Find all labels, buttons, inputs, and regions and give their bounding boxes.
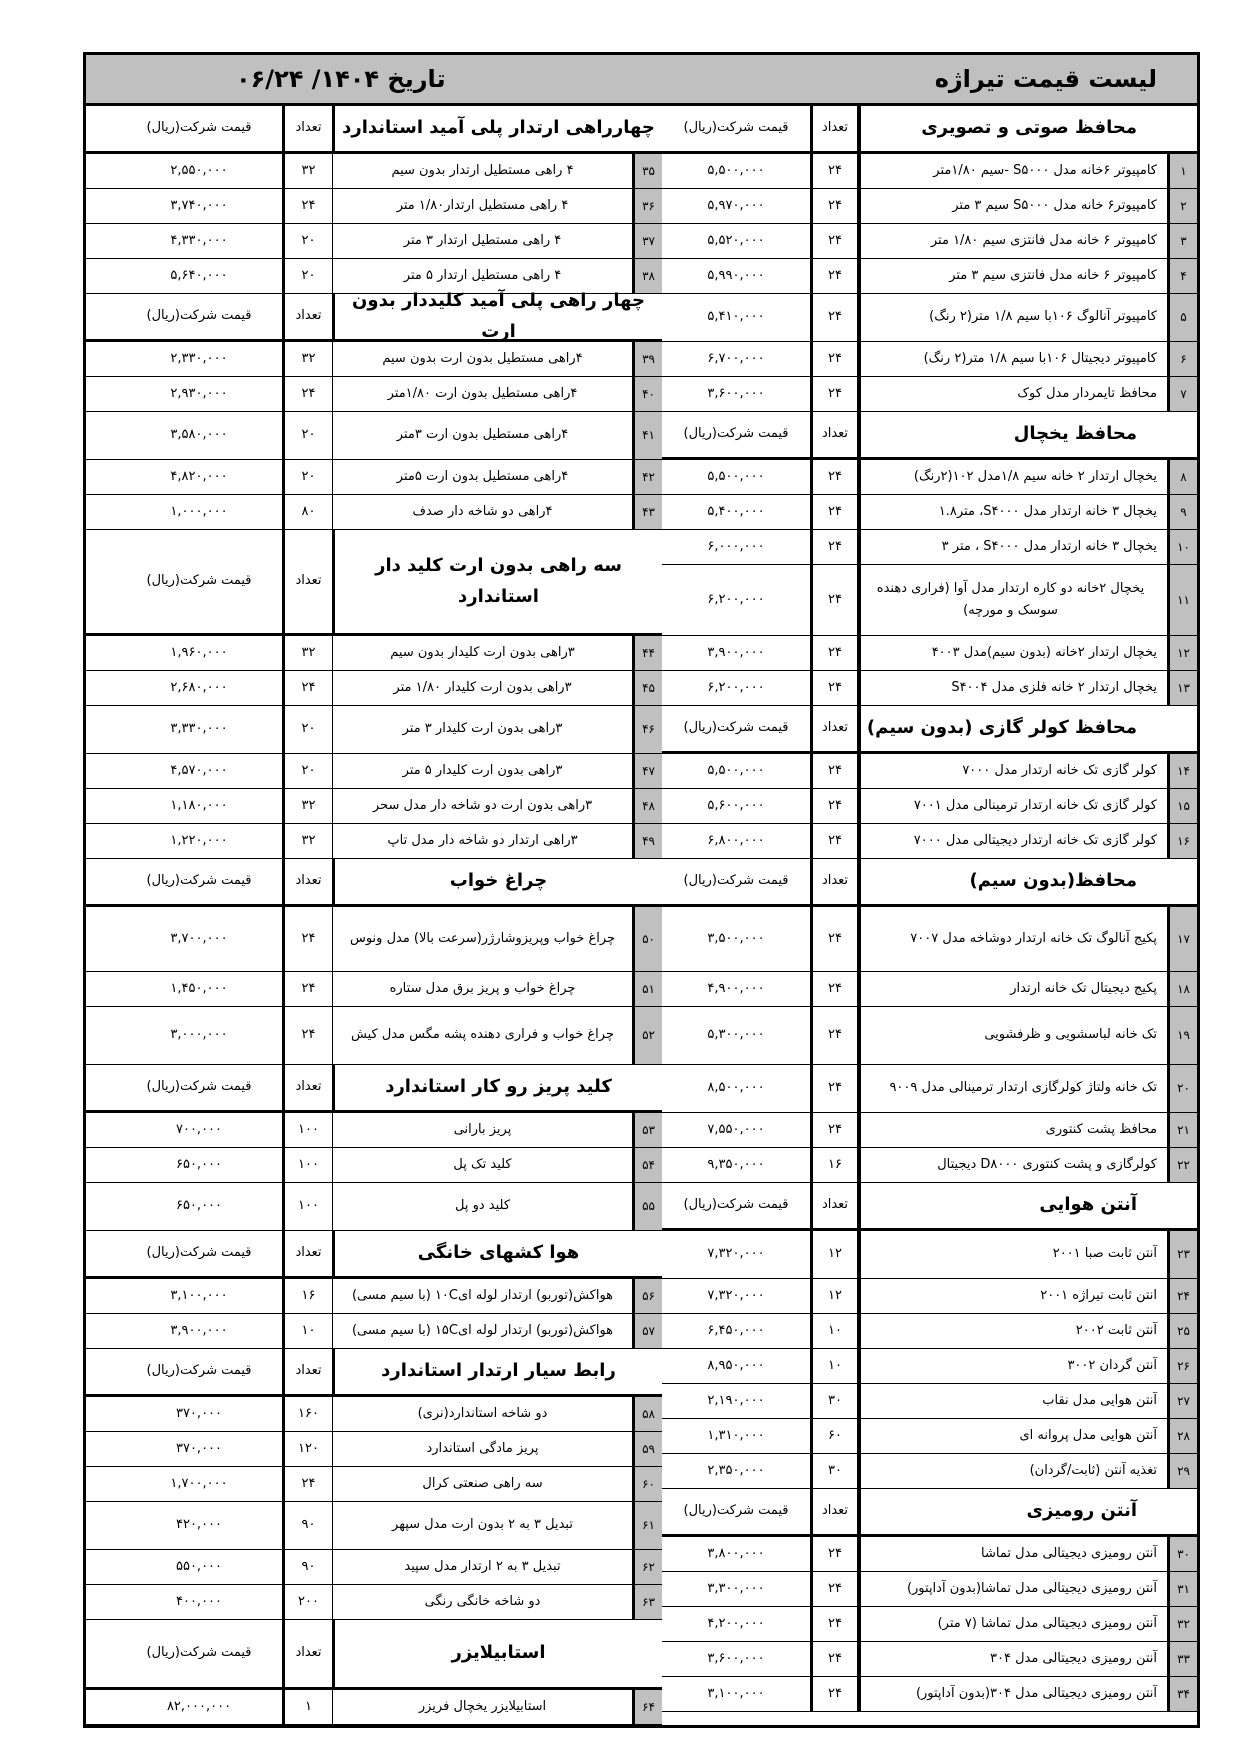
item-name: انتن ثابت تیراژه ۲۰۰۱ xyxy=(860,1279,1167,1313)
item-price: ۳۷۰,۰۰۰ xyxy=(116,1397,282,1431)
item-quantity: ۱۲ xyxy=(810,1279,860,1313)
row-index: ۶۰ xyxy=(632,1467,662,1501)
item-quantity: ۱۲۰ xyxy=(282,1432,332,1466)
price-column-header: قیمت شرکت(ریال) xyxy=(662,1183,810,1228)
table-row: ۱۰یخچال ۳ خانه ارتدار مدل S۴۰۰۰ ، متر ۳۲… xyxy=(662,530,1197,565)
row-index: ۲۳ xyxy=(1167,1231,1197,1278)
item-name: ۳راهی بدون ارت کلیدار ۱/۸۰ متر xyxy=(332,671,632,705)
item-price: ۶,۸۰۰,۰۰۰ xyxy=(662,824,810,858)
price-column-header: قیمت شرکت(ریال) xyxy=(116,1620,282,1687)
item-price: ۵,۵۲۰,۰۰۰ xyxy=(662,224,810,258)
section-title: محافظ صوتی و تصویری xyxy=(860,106,1197,151)
item-name: کامپیوتر ۶ خانه مدل فانتزی سیم ۳ متر xyxy=(860,259,1167,293)
section-title: آنتن رومیزی xyxy=(860,1489,1197,1534)
item-name: آنتن رومیزی دیجیتالی مدل تماشا(بدون آداپ… xyxy=(860,1572,1167,1606)
item-quantity: ۲۰ xyxy=(282,706,332,753)
qty-column-header: تعداد xyxy=(810,106,860,151)
row-index: ۶۳ xyxy=(632,1585,662,1619)
item-price: ۵,۹۷۰,۰۰۰ xyxy=(662,189,810,223)
section-title: چراغ خواب xyxy=(332,859,662,904)
item-quantity: ۱۶ xyxy=(810,1148,860,1182)
item-price: ۱,۱۸۰,۰۰۰ xyxy=(116,789,282,823)
table-row: ۱۲یخچال ارتدار ۲خانه (بدون سیم)مدل ۴۰۰۳۲… xyxy=(662,636,1197,671)
item-quantity: ۲۴ xyxy=(810,671,860,705)
item-name: ۴ راهی مستطیل ارتدار ۳ متر xyxy=(332,224,632,258)
row-index: ۶۴ xyxy=(632,1690,662,1724)
item-name: ۴راهی مستطیل بدون ارت ۱/۸۰متر xyxy=(332,377,632,411)
item-name: تک خانه لباسشویی و ظرفشویی xyxy=(860,1007,1167,1064)
price-column-header: قیمت شرکت(ریال) xyxy=(662,859,810,904)
item-price: ۳,۸۰۰,۰۰۰ xyxy=(662,1537,810,1571)
row-index: ۳۴ xyxy=(1167,1677,1197,1711)
item-name: سه راهی صنعتی کرال xyxy=(332,1467,632,1501)
item-quantity: ۲۰ xyxy=(282,224,332,258)
row-index: ۵ xyxy=(1167,294,1197,341)
row-index: ۶ xyxy=(1167,342,1197,376)
row-index: ۴۴ xyxy=(632,636,662,670)
row-index: ۴۰ xyxy=(632,377,662,411)
item-price: ۳,۰۰۰,۰۰۰ xyxy=(116,1007,282,1064)
qty-column-header: تعداد xyxy=(282,294,332,339)
section-title: رابط سیار ارتدار استاندارد xyxy=(332,1349,662,1394)
table-row: ۵کامپیوتر آنالوگ ۱۰۶با سیم ۱/۸ متر(۲ رنگ… xyxy=(662,294,1197,342)
table-columns: محافظ صوتی و تصویریتعدادقیمت شرکت(ریال)۱… xyxy=(83,106,1200,1728)
item-price: ۲,۶۸۰,۰۰۰ xyxy=(116,671,282,705)
item-price: ۵,۵۰۰,۰۰۰ xyxy=(662,154,810,188)
item-name: کولرگازی و پشت کنتوری D۸۰۰۰ دیجیتال xyxy=(860,1148,1167,1182)
item-name: آنتن رومیزی دیجیتالی مدل تماشا (۷ متر) xyxy=(860,1607,1167,1641)
price-column-header: قیمت شرکت(ریال) xyxy=(116,106,282,151)
item-quantity: ۲۴ xyxy=(810,224,860,258)
item-price: ۲,۳۳۰,۰۰۰ xyxy=(116,342,282,376)
item-price: ۳,۹۰۰,۰۰۰ xyxy=(662,636,810,670)
row-index: ۳۷ xyxy=(632,224,662,258)
item-name: دو شاخه خانگی رنگی xyxy=(332,1585,632,1619)
item-price: ۱,۴۵۰,۰۰۰ xyxy=(116,972,282,1006)
item-name: آنتن رومیزی دیجیتالی مدل ۳۰۴ xyxy=(860,1642,1167,1676)
row-index: ۵۱ xyxy=(632,972,662,1006)
table-row: ۴۷۳راهی بدون ارت کلیدار ۵ متر۲۰۴,۵۷۰,۰۰۰ xyxy=(86,754,662,789)
table-row: ۱۳یخچال ارتدار ۲ خانه فلزی مدل S۴۰۰۴۲۴۶,… xyxy=(662,671,1197,706)
row-index: ۲ xyxy=(1167,189,1197,223)
table-row: ۵۰چراغ خواب وپریزوشارژر(سرعت بالا) مدل و… xyxy=(86,907,662,972)
item-name: کامپیوتر ۶ خانه مدل فانتزی سیم ۱/۸۰ متر xyxy=(860,224,1167,258)
table-row: ۴۸۳راهی بدون ارت دو شاخه دار مدل سحر۳۲۱,… xyxy=(86,789,662,824)
price-column-header: قیمت شرکت(ریال) xyxy=(116,530,282,633)
item-name: ۳راهی بدون ارت دو شاخه دار مدل سحر xyxy=(332,789,632,823)
item-name: تبدیل ۳ به ۲ ارتدار مدل سپید xyxy=(332,1550,632,1584)
item-quantity: ۲۴ xyxy=(810,1677,860,1711)
table-row: ۴۶۳راهی بدون ارت کلیدار ۳ متر۲۰۳,۳۳۰,۰۰۰ xyxy=(86,706,662,754)
row-index: ۵۸ xyxy=(632,1397,662,1431)
qty-column-header: تعداد xyxy=(282,859,332,904)
item-price: ۵,۵۰۰,۰۰۰ xyxy=(662,754,810,788)
row-index: ۴۹ xyxy=(632,824,662,858)
item-quantity: ۲۴ xyxy=(810,1113,860,1147)
qty-column-header: تعداد xyxy=(282,1231,332,1276)
table-row: ۴۲۴راهی مستطیل بدون ارت ۵متر۲۰۴,۸۲۰,۰۰۰ xyxy=(86,460,662,495)
section-header: کلید پریز رو کار استانداردتعدادقیمت شرکت… xyxy=(86,1065,662,1113)
row-index: ۲۸ xyxy=(1167,1419,1197,1453)
table-row: ۴۵۳راهی بدون ارت کلیدار ۱/۸۰ متر۲۴۲,۶۸۰,… xyxy=(86,671,662,706)
item-name: کولر گازی تک خانه ارتدار ترمینالی مدل ۷۰… xyxy=(860,789,1167,823)
row-index: ۴۳ xyxy=(632,495,662,529)
item-quantity: ۲۴ xyxy=(810,1642,860,1676)
price-column-header: قیمت شرکت(ریال) xyxy=(662,106,810,151)
section-title: سه راهی بدون ارت کلید دار استاندارد xyxy=(332,530,662,633)
row-index: ۱۸ xyxy=(1167,972,1197,1006)
item-price: ۴,۹۰۰,۰۰۰ xyxy=(662,972,810,1006)
item-quantity: ۲۰ xyxy=(282,412,332,459)
section-header: هوا کشهای خانگیتعدادقیمت شرکت(ریال) xyxy=(86,1231,662,1279)
item-price: ۶,۴۵۰,۰۰۰ xyxy=(662,1314,810,1348)
item-quantity: ۲۴ xyxy=(810,1007,860,1064)
section-header: چهارراهی ارتدار پلی آمید استانداردتعدادق… xyxy=(86,106,662,154)
item-quantity: ۳۰ xyxy=(810,1384,860,1418)
row-index: ۲۲ xyxy=(1167,1148,1197,1182)
item-name: کامپیوتر آنالوگ ۱۰۶با سیم ۱/۸ متر(۲ رنگ) xyxy=(860,294,1167,341)
item-quantity: ۳۲ xyxy=(282,824,332,858)
item-quantity: ۲۴ xyxy=(810,972,860,1006)
item-quantity: ۱۰۰ xyxy=(282,1113,332,1147)
item-quantity: ۲۴ xyxy=(282,1467,332,1501)
table-row: ۵۸دو شاخه استاندارد(نری)۱۶۰۳۷۰,۰۰۰ xyxy=(86,1397,662,1432)
item-quantity: ۲۴ xyxy=(810,495,860,529)
item-quantity: ۲۴ xyxy=(810,636,860,670)
price-column-header: قیمت شرکت(ریال) xyxy=(662,1489,810,1534)
item-quantity: ۱۰۰ xyxy=(282,1148,332,1182)
item-price: ۴۰۰,۰۰۰ xyxy=(116,1585,282,1619)
item-name: پکیج آنالوگ تک خانه ارتدار دوشاخه مدل ۷۰… xyxy=(860,907,1167,971)
table-row: ۲۰تک خانه ولتاژ کولرگازی ارتدار ترمینالی… xyxy=(662,1065,1197,1113)
item-price: ۳۷۰,۰۰۰ xyxy=(116,1432,282,1466)
row-index: ۴۷ xyxy=(632,754,662,788)
row-index: ۳۰ xyxy=(1167,1537,1197,1571)
item-quantity: ۲۴ xyxy=(810,824,860,858)
item-name: یخچال ۳ خانه ارتدار مدل S۴۰۰۰ ، متر ۳ xyxy=(860,530,1167,564)
section-header: آنتن هواییتعدادقیمت شرکت(ریال) xyxy=(662,1183,1197,1231)
item-price: ۶,۲۰۰,۰۰۰ xyxy=(662,671,810,705)
item-quantity: ۲۴ xyxy=(810,342,860,376)
item-price: ۴,۵۷۰,۰۰۰ xyxy=(116,754,282,788)
table-row: ۶۴استابیلایزر یخچال فریزر۱۸۲,۰۰۰,۰۰۰ xyxy=(86,1690,662,1725)
qty-column-header: تعداد xyxy=(282,1065,332,1110)
table-row: ۳۰آنتن رومیزی دیجیتالی مدل تماشا۲۴۳,۸۰۰,… xyxy=(662,1537,1197,1572)
item-price: ۷۰۰,۰۰۰ xyxy=(116,1113,282,1147)
row-index: ۱۵ xyxy=(1167,789,1197,823)
price-column-header: قیمت شرکت(ریال) xyxy=(662,412,810,457)
price-column-header: قیمت شرکت(ریال) xyxy=(116,1065,282,1110)
table-row: ۴۴۳راهی بدون ارت کلیدار بدون سیم۳۲۱,۹۶۰,… xyxy=(86,636,662,671)
row-index: ۶۱ xyxy=(632,1502,662,1549)
table-row: ۳۵۴ راهی مستطیل ارتدار بدون سیم۳۲۲,۵۵۰,۰… xyxy=(86,154,662,189)
item-quantity: ۲۴ xyxy=(810,1065,860,1112)
item-quantity: ۲۴ xyxy=(810,1572,860,1606)
table-row: ۲۱محافظ پشت کنتوری۲۴۷,۵۵۰,۰۰۰ xyxy=(662,1113,1197,1148)
row-index: ۳۱ xyxy=(1167,1572,1197,1606)
item-quantity: ۱۲ xyxy=(810,1231,860,1278)
item-name: تبدیل ۳ به ۲ بدون ارت مدل سپهر xyxy=(332,1502,632,1549)
item-quantity: ۳۲ xyxy=(282,789,332,823)
item-name: آنتن ثابت صبا ۲۰۰۱ xyxy=(860,1231,1167,1278)
qty-column-header: تعداد xyxy=(282,530,332,633)
item-name: محافظ تایمردار مدل کوک xyxy=(860,377,1167,411)
table-row: ۲۷آنتن هوایی مدل نقاب۳۰۲,۱۹۰,۰۰۰ xyxy=(662,1384,1197,1419)
item-name: آنتن هوایی مدل نقاب xyxy=(860,1384,1167,1418)
row-index: ۳۹ xyxy=(632,342,662,376)
item-quantity: ۱ xyxy=(282,1690,332,1724)
item-quantity: ۲۴ xyxy=(810,530,860,564)
section-title: محافظ(بدون سیم) xyxy=(860,859,1197,904)
row-index: ۵۹ xyxy=(632,1432,662,1466)
item-quantity: ۲۴ xyxy=(810,565,860,635)
item-name: تک خانه ولتاژ کولرگازی ارتدار ترمینالی م… xyxy=(860,1065,1167,1112)
item-price: ۵,۴۰۰,۰۰۰ xyxy=(662,495,810,529)
table-row: ۶۳دو شاخه خانگی رنگی۲۰۰۴۰۰,۰۰۰ xyxy=(86,1585,662,1620)
item-price: ۳,۷۴۰,۰۰۰ xyxy=(116,189,282,223)
qty-column-header: تعداد xyxy=(282,1349,332,1394)
item-quantity: ۲۴ xyxy=(810,259,860,293)
item-quantity: ۱۰ xyxy=(282,1314,332,1348)
item-quantity: ۲۰ xyxy=(282,460,332,494)
item-quantity: ۸۰ xyxy=(282,495,332,529)
item-quantity: ۲۴ xyxy=(282,972,332,1006)
section-header: محافظ یخچالتعدادقیمت شرکت(ریال) xyxy=(662,412,1197,460)
qty-column-header: تعداد xyxy=(282,1620,332,1687)
price-column-header: قیمت شرکت(ریال) xyxy=(116,1349,282,1394)
item-price: ۱,۰۰۰,۰۰۰ xyxy=(116,495,282,529)
row-index: ۴۸ xyxy=(632,789,662,823)
item-price: ۴۲۰,۰۰۰ xyxy=(116,1502,282,1549)
table-row: ۳۴آنتن رومیزی دیجیتالی مدل ۳۰۴(بدون آداپ… xyxy=(662,1677,1197,1712)
row-index: ۲۹ xyxy=(1167,1454,1197,1488)
item-name: ۳راهی بدون ارت کلیدار بدون سیم xyxy=(332,636,632,670)
table-row: ۶۱تبدیل ۳ به ۲ بدون ارت مدل سپهر۹۰۴۲۰,۰۰… xyxy=(86,1502,662,1550)
item-price: ۱,۹۶۰,۰۰۰ xyxy=(116,636,282,670)
table-row: ۲۹تغذیه آنتن (ثابت/گردان)۳۰۲,۳۵۰,۰۰۰ xyxy=(662,1454,1197,1489)
date-label: تاریخ ۱۴۰۴/ ۰۶/۲۴ xyxy=(236,65,446,93)
item-name: ۳راهی بدون ارت کلیدار ۳ متر xyxy=(332,706,632,753)
section-header: چهار راهی پلی آمید کلیددار بدون ارتتعداد… xyxy=(86,294,662,342)
row-index: ۸ xyxy=(1167,460,1197,494)
header-banner: لیست قیمت تیراژه تاریخ ۱۴۰۴/ ۰۶/۲۴ xyxy=(83,52,1200,106)
item-price: ۴,۲۰۰,۰۰۰ xyxy=(662,1607,810,1641)
item-quantity: ۲۰ xyxy=(282,754,332,788)
table-row: ۴۱۴راهی مستطیل بدون ارت ۳متر۲۰۳,۵۸۰,۰۰۰ xyxy=(86,412,662,460)
price-column-header: قیمت شرکت(ریال) xyxy=(116,859,282,904)
row-index: ۵۳ xyxy=(632,1113,662,1147)
item-quantity: ۱۰ xyxy=(810,1349,860,1383)
item-name: دو شاخه استاندارد(نری) xyxy=(332,1397,632,1431)
item-name: کامپیوتر ۶خانه مدل S۵۰۰۰ -سیم ۱/۸۰متر xyxy=(860,154,1167,188)
row-index: ۳۵ xyxy=(632,154,662,188)
item-quantity: ۲۴ xyxy=(282,377,332,411)
item-name: هواکش(توربو) ارتدار لوله ای۱۰C (با سیم م… xyxy=(332,1279,632,1313)
item-quantity: ۳۲ xyxy=(282,154,332,188)
row-index: ۱۱ xyxy=(1167,565,1197,635)
item-quantity: ۶۰ xyxy=(810,1419,860,1453)
item-quantity: ۲۴ xyxy=(282,907,332,971)
row-index: ۳۶ xyxy=(632,189,662,223)
item-price: ۶,۲۰۰,۰۰۰ xyxy=(662,565,810,635)
row-index: ۵۷ xyxy=(632,1314,662,1348)
table-row: ۱۵کولر گازی تک خانه ارتدار ترمینالی مدل … xyxy=(662,789,1197,824)
item-quantity: ۲۴ xyxy=(810,1537,860,1571)
item-name: کولر گازی تک خانه ارتدار دیجیتالی مدل ۷۰… xyxy=(860,824,1167,858)
section-header: چراغ خوابتعدادقیمت شرکت(ریال) xyxy=(86,859,662,907)
item-quantity: ۲۴ xyxy=(810,789,860,823)
item-quantity: ۲۴ xyxy=(810,754,860,788)
right-table: محافظ صوتی و تصویریتعدادقیمت شرکت(ریال)۱… xyxy=(662,106,1197,1725)
table-row: ۳۱آنتن رومیزی دیجیتالی مدل تماشا(بدون آد… xyxy=(662,1572,1197,1607)
price-column-header: قیمت شرکت(ریال) xyxy=(116,294,282,339)
item-price: ۳,۳۰۰,۰۰۰ xyxy=(662,1572,810,1606)
item-quantity: ۲۴ xyxy=(282,671,332,705)
table-row: ۸یخچال ارتدار ۲ خانه سیم ۱/۸مدل ۱۰۲(۲رنگ… xyxy=(662,460,1197,495)
qty-column-header: تعداد xyxy=(810,412,860,457)
table-row: ۳۹۴راهی مستطیل بدون ارت بدون سیم۳۲۲,۳۳۰,… xyxy=(86,342,662,377)
item-price: ۶۵۰,۰۰۰ xyxy=(116,1183,282,1230)
item-name: استابیلایزر یخچال فریزر xyxy=(332,1690,632,1724)
table-row: ۵۵کلید دو پل۱۰۰۶۵۰,۰۰۰ xyxy=(86,1183,662,1231)
row-index: ۱ xyxy=(1167,154,1197,188)
row-index: ۱۴ xyxy=(1167,754,1197,788)
item-quantity: ۲۴ xyxy=(810,460,860,494)
item-price: ۸,۹۵۰,۰۰۰ xyxy=(662,1349,810,1383)
qty-column-header: تعداد xyxy=(810,859,860,904)
page-title: لیست قیمت تیراژه xyxy=(935,65,1157,93)
row-index: ۲۷ xyxy=(1167,1384,1197,1418)
item-name: آنتن هوایی مدل پروانه ای xyxy=(860,1419,1167,1453)
item-quantity: ۱۰۰ xyxy=(282,1183,332,1230)
row-index: ۵۴ xyxy=(632,1148,662,1182)
item-price: ۱,۲۲۰,۰۰۰ xyxy=(116,824,282,858)
item-name: یخچال ارتدار ۲ خانه فلزی مدل S۴۰۰۴ xyxy=(860,671,1167,705)
row-index: ۴۲ xyxy=(632,460,662,494)
item-quantity: ۲۴ xyxy=(810,907,860,971)
table-row: ۳۶۴ راهی مستطیل ارتدار۱/۸۰ متر۲۴۳,۷۴۰,۰۰… xyxy=(86,189,662,224)
item-price: ۳,۵۸۰,۰۰۰ xyxy=(116,412,282,459)
item-name: ۴راهی مستطیل بدون ارت ۳متر xyxy=(332,412,632,459)
table-row: ۵۲چراغ خواب و فراری دهنده پشه مگس مدل کی… xyxy=(86,1007,662,1065)
section-header: محافظ(بدون سیم)تعدادقیمت شرکت(ریال) xyxy=(662,859,1197,907)
table-row: ۴۰۴راهی مستطیل بدون ارت ۱/۸۰متر۲۴۲,۹۳۰,۰… xyxy=(86,377,662,412)
item-name: ۴ راهی مستطیل ارتدار بدون سیم xyxy=(332,154,632,188)
item-name: چراغ خواب وپریزوشارژر(سرعت بالا) مدل ونو… xyxy=(332,907,632,971)
row-index: ۹ xyxy=(1167,495,1197,529)
item-price: ۳,۶۰۰,۰۰۰ xyxy=(662,377,810,411)
item-price: ۷,۳۲۰,۰۰۰ xyxy=(662,1279,810,1313)
row-index: ۷ xyxy=(1167,377,1197,411)
table-row: ۳۷۴ راهی مستطیل ارتدار ۳ متر۲۰۴,۳۳۰,۰۰۰ xyxy=(86,224,662,259)
row-index: ۱۶ xyxy=(1167,824,1197,858)
item-name: پریز مادگی استاندارد xyxy=(332,1432,632,1466)
table-row: ۱۶کولر گازی تک خانه ارتدار دیجیتالی مدل … xyxy=(662,824,1197,859)
item-quantity: ۲۴ xyxy=(282,189,332,223)
table-row: ۲۵آنتن ثابت ۲۰۰۲۱۰۶,۴۵۰,۰۰۰ xyxy=(662,1314,1197,1349)
table-row: ۳۳آنتن رومیزی دیجیتالی مدل ۳۰۴۲۴۳,۶۰۰,۰۰… xyxy=(662,1642,1197,1677)
item-quantity: ۲۰۰ xyxy=(282,1585,332,1619)
item-name: یخچال ارتدار ۲خانه (بدون سیم)مدل ۴۰۰۳ xyxy=(860,636,1167,670)
item-quantity: ۱۰ xyxy=(810,1314,860,1348)
item-price: ۵,۵۰۰,۰۰۰ xyxy=(662,460,810,494)
item-name: ۳راهی بدون ارت کلیدار ۵ متر xyxy=(332,754,632,788)
section-title: کلید پریز رو کار استاندارد xyxy=(332,1065,662,1110)
price-column-header: قیمت شرکت(ریال) xyxy=(116,1231,282,1276)
section-title: هوا کشهای خانگی xyxy=(332,1231,662,1276)
item-quantity: ۱۶ xyxy=(282,1279,332,1313)
item-quantity: ۲۴ xyxy=(810,1607,860,1641)
row-index: ۱۹ xyxy=(1167,1007,1197,1064)
row-index: ۱۳ xyxy=(1167,671,1197,705)
table-row: ۵۶هواکش(توربو) ارتدار لوله ای۱۰C (با سیم… xyxy=(86,1279,662,1314)
table-row: ۲۸آنتن هوایی مدل پروانه ای۶۰۱,۳۱۰,۰۰۰ xyxy=(662,1419,1197,1454)
item-price: ۲,۵۵۰,۰۰۰ xyxy=(116,154,282,188)
table-row: ۶کامپیوتر دیجیتال ۱۰۶با سیم ۱/۸ متر(۲ رن… xyxy=(662,342,1197,377)
item-name: ۴ راهی مستطیل ارتدار۱/۸۰ متر xyxy=(332,189,632,223)
row-index: ۲۶ xyxy=(1167,1349,1197,1383)
item-name: آنتن ثابت ۲۰۰۲ xyxy=(860,1314,1167,1348)
row-index: ۴ xyxy=(1167,259,1197,293)
item-quantity: ۹۰ xyxy=(282,1550,332,1584)
row-index: ۱۷ xyxy=(1167,907,1197,971)
section-title: محافظ کولر گازی (بدون سیم) xyxy=(860,706,1197,751)
section-title: محافظ یخچال xyxy=(860,412,1197,457)
section-header: رابط سیار ارتدار استانداردتعدادقیمت شرکت… xyxy=(86,1349,662,1397)
section-title: آنتن هوایی xyxy=(860,1183,1197,1228)
item-quantity: ۳۰ xyxy=(810,1454,860,1488)
item-price: ۵,۳۰۰,۰۰۰ xyxy=(662,1007,810,1064)
section-title: چهار راهی پلی آمید کلیددار بدون ارت xyxy=(332,294,662,339)
section-header: محافظ کولر گازی (بدون سیم)تعدادقیمت شرکت… xyxy=(662,706,1197,754)
table-row: ۵۹پریز مادگی استاندارد۱۲۰۳۷۰,۰۰۰ xyxy=(86,1432,662,1467)
qty-column-header: تعداد xyxy=(810,1183,860,1228)
table-row: ۱۱یخچال ۲خانه دو کاره ارتدار مدل آوا (فر… xyxy=(662,565,1197,636)
item-price: ۳,۹۰۰,۰۰۰ xyxy=(116,1314,282,1348)
table-row: ۶۰سه راهی صنعتی کرال۲۴۱,۷۰۰,۰۰۰ xyxy=(86,1467,662,1502)
row-index: ۱۲ xyxy=(1167,636,1197,670)
item-name: چراغ خواب و پریز برق مدل ستاره xyxy=(332,972,632,1006)
item-price: ۵,۶۴۰,۰۰۰ xyxy=(116,259,282,293)
item-name: کلید تک پل xyxy=(332,1148,632,1182)
item-name: ۴راهی مستطیل بدون ارت بدون سیم xyxy=(332,342,632,376)
item-price: ۷,۳۲۰,۰۰۰ xyxy=(662,1231,810,1278)
row-index: ۴۵ xyxy=(632,671,662,705)
table-row: ۷محافظ تایمردار مدل کوک۲۴۳,۶۰۰,۰۰۰ xyxy=(662,377,1197,412)
table-row: ۲۳آنتن ثابت صبا ۲۰۰۱۱۲۷,۳۲۰,۰۰۰ xyxy=(662,1231,1197,1279)
table-row: ۵۷هواکش(توربو) ارتدار لوله ای۱۵C (با سیم… xyxy=(86,1314,662,1349)
item-name: یخچال ۲خانه دو کاره ارتدار مدل آوا (فرار… xyxy=(860,565,1167,635)
row-index: ۲۵ xyxy=(1167,1314,1197,1348)
item-quantity: ۳۲ xyxy=(282,342,332,376)
item-price: ۳,۷۰۰,۰۰۰ xyxy=(116,907,282,971)
item-price: ۸۲,۰۰۰,۰۰۰ xyxy=(116,1690,282,1724)
left-table: چهارراهی ارتدار پلی آمید استانداردتعدادق… xyxy=(86,106,662,1725)
item-price: ۱,۳۱۰,۰۰۰ xyxy=(662,1419,810,1453)
row-index: ۶۲ xyxy=(632,1550,662,1584)
item-quantity: ۲۴ xyxy=(810,377,860,411)
item-price: ۳,۵۰۰,۰۰۰ xyxy=(662,907,810,971)
item-name: هواکش(توربو) ارتدار لوله ای۱۵C (با سیم م… xyxy=(332,1314,632,1348)
item-name: چراغ خواب و فراری دهنده پشه مگس مدل کیش xyxy=(332,1007,632,1064)
row-index: ۳۲ xyxy=(1167,1607,1197,1641)
table-row: ۶۲تبدیل ۳ به ۲ ارتدار مدل سپید۹۰۵۵۰,۰۰۰ xyxy=(86,1550,662,1585)
item-name: کولر گازی تک خانه ارتدار مدل ۷۰۰۰ xyxy=(860,754,1167,788)
row-index: ۲۴ xyxy=(1167,1279,1197,1313)
table-row: ۲۴انتن ثابت تیراژه ۲۰۰۱۱۲۷,۳۲۰,۰۰۰ xyxy=(662,1279,1197,1314)
item-price: ۵۵۰,۰۰۰ xyxy=(116,1550,282,1584)
qty-column-header: تعداد xyxy=(810,1489,860,1534)
